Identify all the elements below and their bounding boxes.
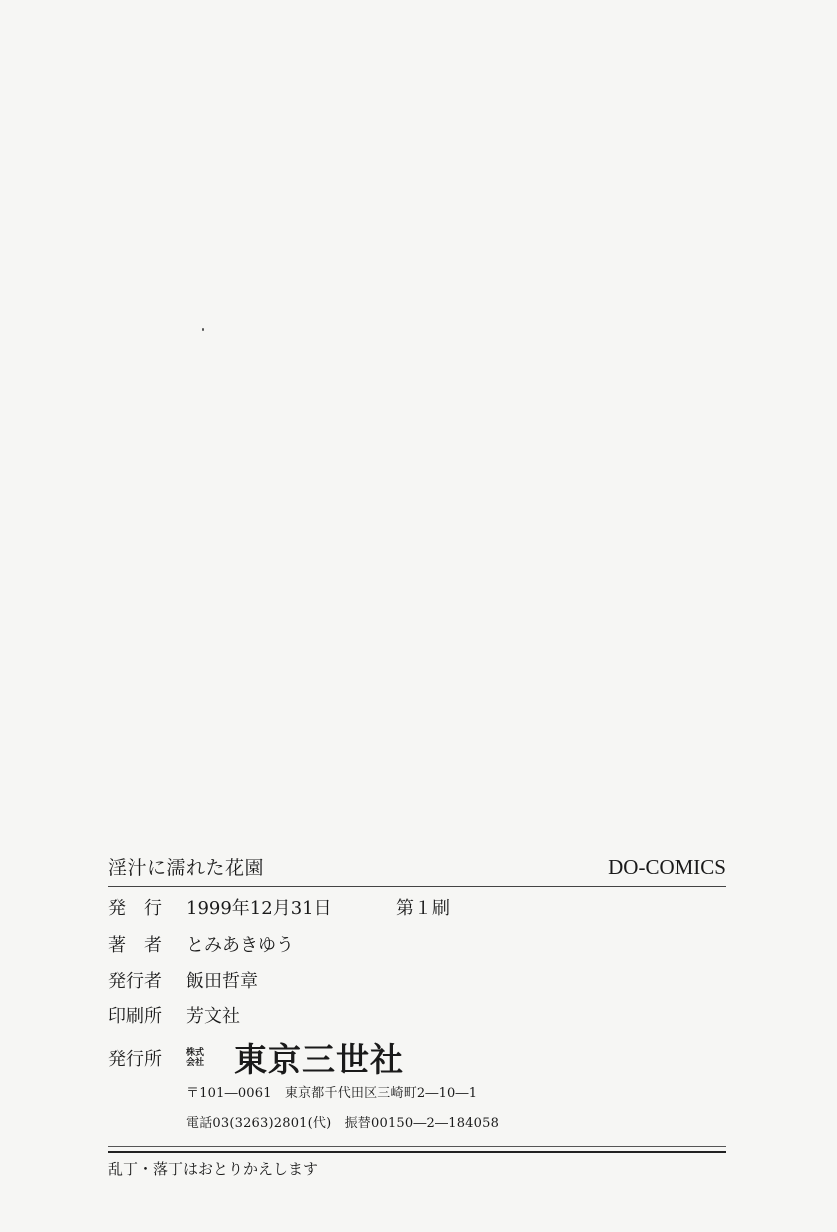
corporation-prefix-line1: 株式 — [186, 1048, 204, 1058]
label-printer: 印刷所 — [108, 1002, 186, 1028]
corporation-prefix-line2: 会社 — [186, 1058, 204, 1068]
edition-printing: 第１刷 — [396, 894, 450, 920]
replacement-notice: 乱丁・落丁はおとりかえします — [108, 1158, 318, 1179]
publisher-address: 〒101―0061 東京都千代田区三崎町2―10―1 — [186, 1082, 477, 1101]
footer-divider — [108, 1146, 726, 1153]
row-author: 著 者 とみあきゆう — [108, 931, 294, 957]
publication-date: 1999年12月31日 — [186, 894, 332, 920]
author-name: とみあきゆう — [186, 931, 294, 957]
series-name: DO-COMICS — [608, 855, 726, 880]
colophon: 淫汁に濡れた花園 DO-COMICS 発 行 1999年12月31日 第１刷 著… — [108, 852, 726, 887]
printer-name: 芳文社 — [186, 1002, 240, 1028]
row-publisher-person: 発行者 飯田哲章 — [108, 967, 258, 993]
label-publisher: 発行所 — [108, 1045, 186, 1071]
footer-divider-thick — [108, 1151, 726, 1153]
book-title: 淫汁に濡れた花園 — [108, 853, 264, 880]
label-author: 著 者 — [108, 931, 186, 957]
footer-divider-thin — [108, 1146, 726, 1147]
row-printer: 印刷所 芳文社 — [108, 1002, 240, 1028]
publisher-name: 東京三世社 — [234, 1034, 404, 1081]
label-publication: 発 行 — [108, 894, 186, 920]
title-divider — [108, 886, 726, 887]
scan-speck — [202, 328, 204, 331]
title-row: 淫汁に濡れた花園 DO-COMICS — [108, 852, 726, 880]
row-publisher: 発行所 株式 会社 東京三世社 — [108, 1034, 404, 1081]
publisher-phone: 電話03(3263)2801(代) 振替00150―2―184058 — [186, 1112, 499, 1131]
label-publisher-person: 発行者 — [108, 967, 186, 993]
corporation-prefix: 株式 会社 — [186, 1048, 204, 1068]
publisher-person-name: 飯田哲章 — [186, 967, 258, 993]
row-publication-date: 発 行 1999年12月31日 — [108, 894, 332, 920]
